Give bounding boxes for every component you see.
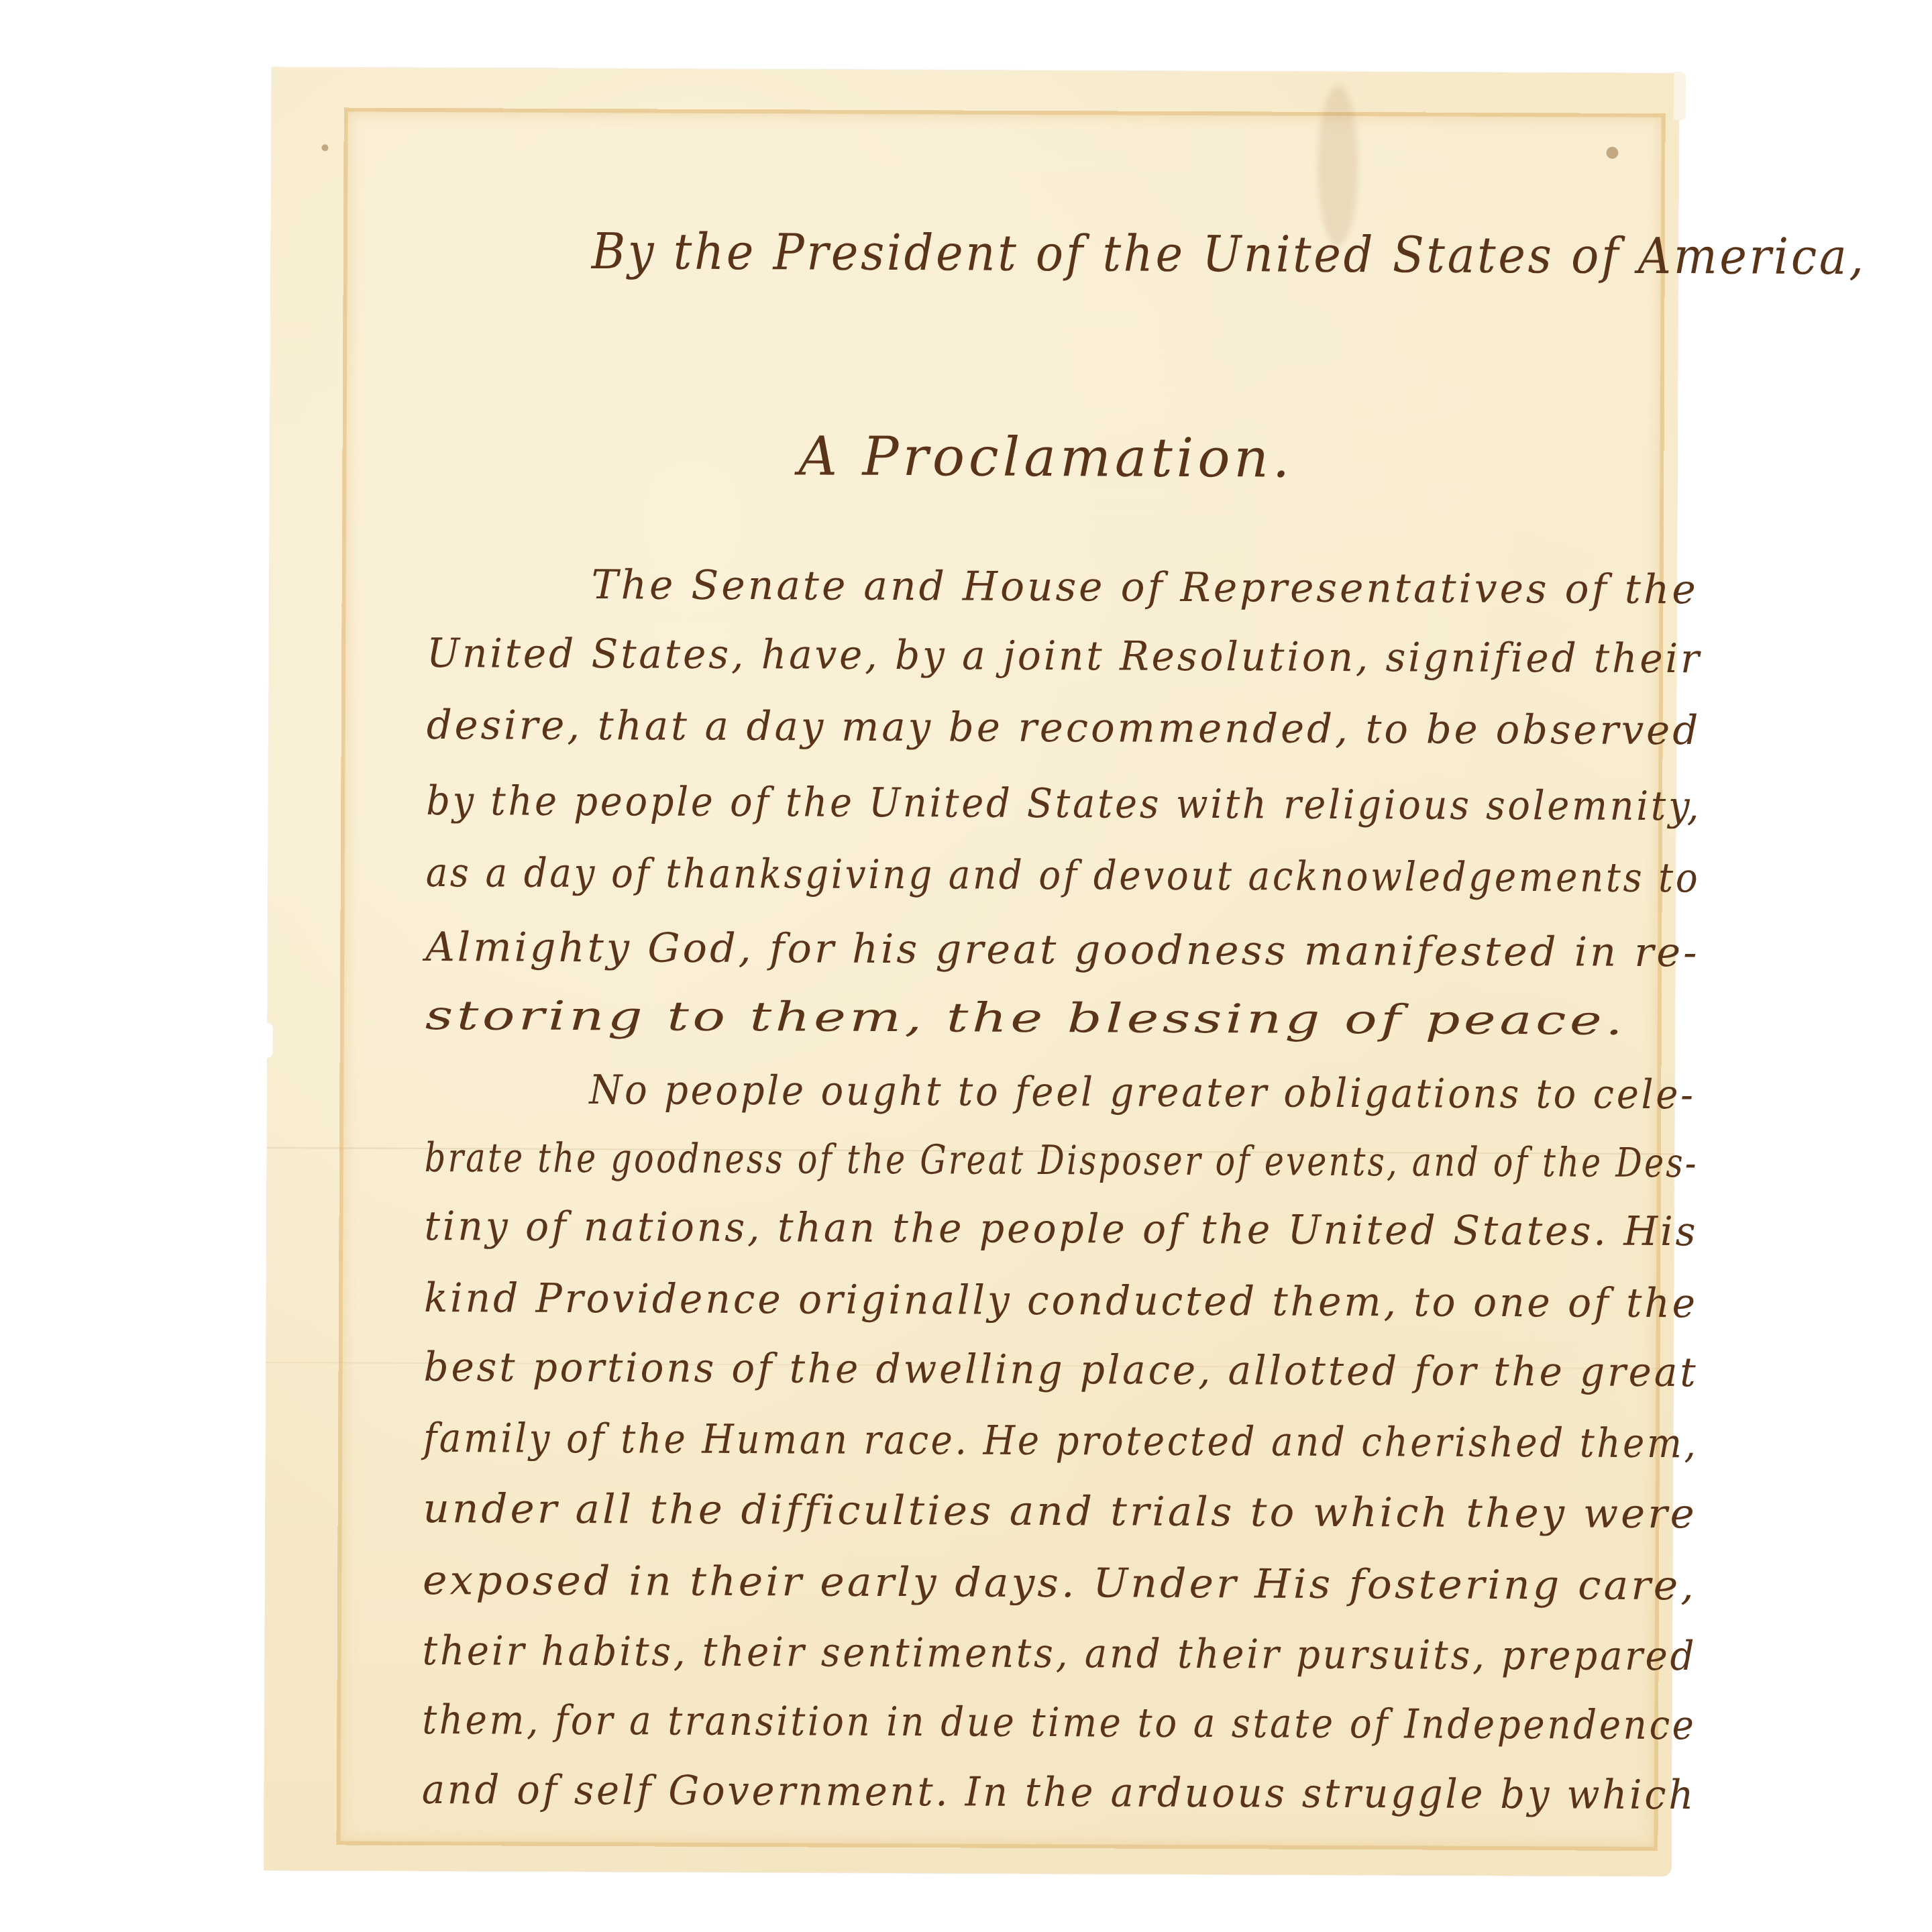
text-line: kind Providence originally conducted the… [424, 1275, 1698, 1327]
foxing-spot [321, 144, 328, 151]
manuscript-page: By the President of the United States of… [264, 67, 1679, 1876]
text-line: under all the difficulties and trials to… [423, 1485, 1697, 1538]
text-line: tiny of nations, than the people of the … [424, 1203, 1698, 1255]
text-line: The Senate and House of Representatives … [591, 561, 1698, 613]
text-line: by the people of the United States with … [426, 777, 1701, 830]
text-line: Almighty God, for his great goodness man… [425, 924, 1700, 976]
text-line: best portions of the dwelling place, all… [423, 1344, 1698, 1396]
text-line: exposed in their early days. Under His f… [423, 1557, 1697, 1609]
text-line: their habits, their sentiments, and thei… [423, 1627, 1697, 1680]
foxing-spot [1606, 147, 1618, 159]
text-line: brate the goodness of the Great Disposer… [425, 1134, 1699, 1187]
text-line: as a day of thanksgiving and of devout a… [426, 849, 1701, 902]
text-line: family of the Human race. He protected a… [423, 1415, 1699, 1467]
text-line: them, for a transition in due time to a … [422, 1697, 1697, 1749]
text-line: No people ought to feel greater obligati… [589, 1067, 1696, 1118]
text-line: United States, have, by a joint Resoluti… [427, 630, 1702, 682]
text-line: storing to them, the blessing of peace. [425, 992, 1627, 1044]
proclamation-title: A Proclamation. [798, 425, 1293, 489]
text-line: desire, that a day may be recommended, t… [427, 702, 1701, 754]
proclamation-heading: By the President of the United States of… [592, 223, 1866, 286]
text-line: and of self Government. In the arduous s… [422, 1766, 1697, 1819]
